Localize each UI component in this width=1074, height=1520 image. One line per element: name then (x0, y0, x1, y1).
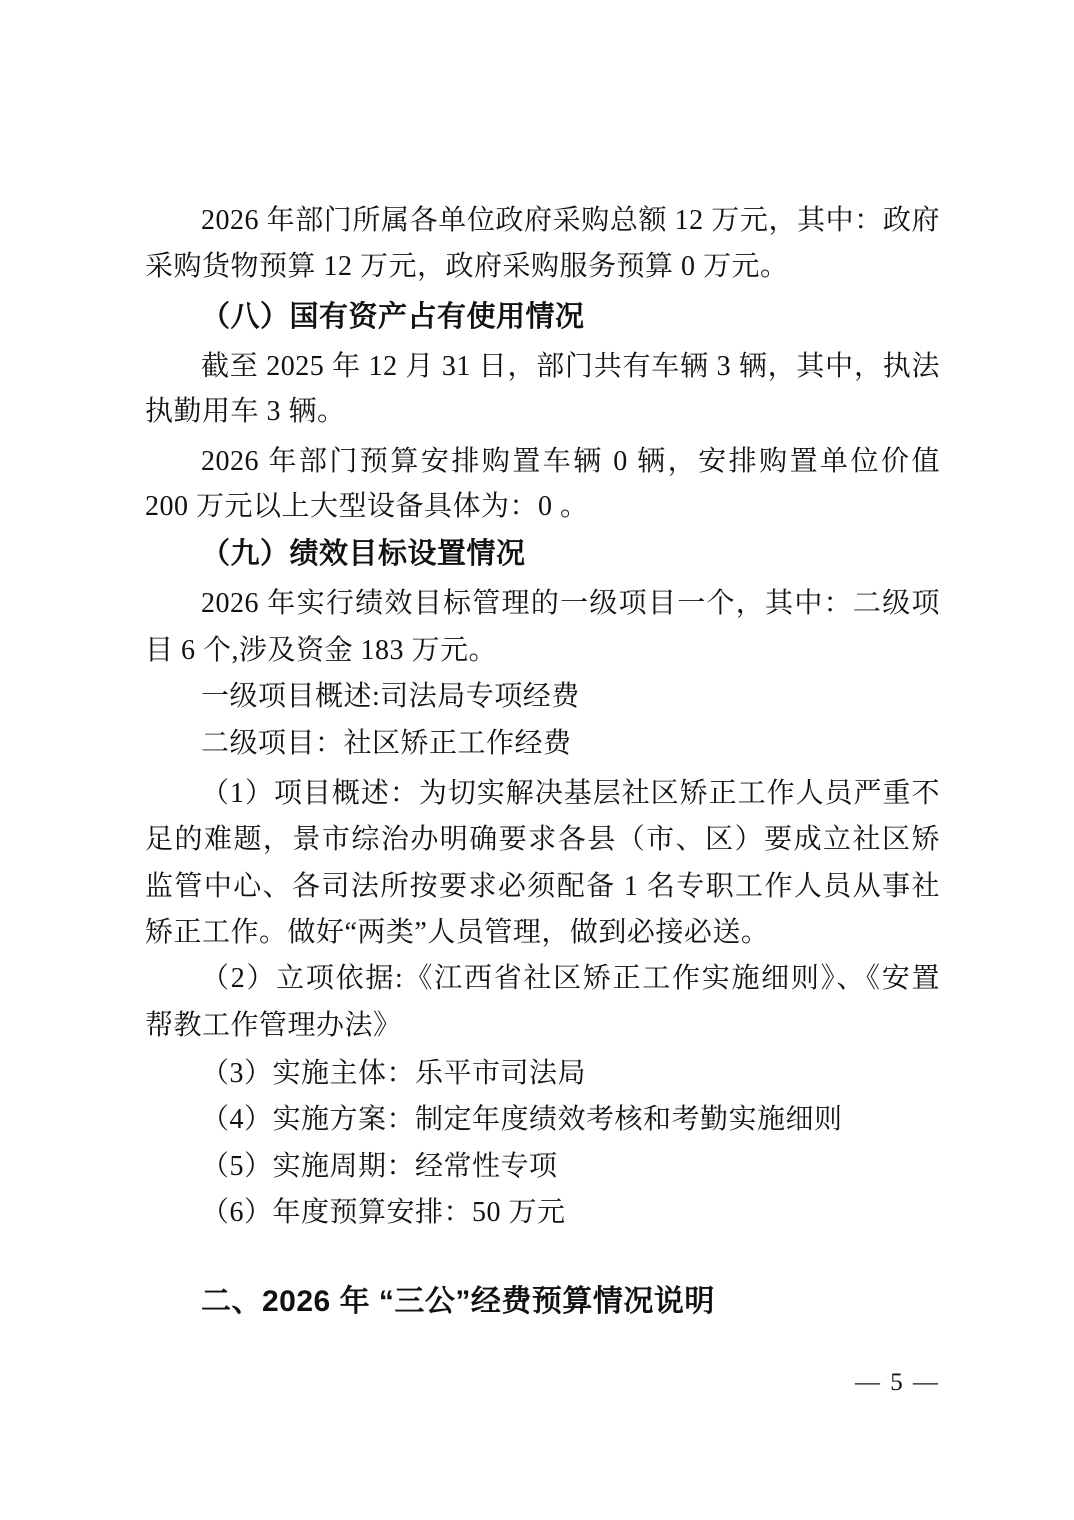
body-line-perf-1: 2026 年实行绩效目标管理的一级项目一个，其中：二级项 (145, 584, 940, 624)
body-line-item2-1: （2）立项依据:《江西省社区矫正工作实施细则》、《安置 (145, 959, 940, 999)
body-line-item4: （4）实施方案：制定年度绩效考核和考勤实施细则 (145, 1100, 940, 1140)
body-line-procurement-1: 2026 年部门所属各单位政府采购总额 12 万元，其中：政府 (145, 201, 940, 241)
body-line-perf-3: 一级项目概述:司法局专项经费 (145, 677, 940, 717)
body-line-perf-2: 目 6 个,涉及资金 183 万元。 (145, 631, 940, 671)
body-line-item5: （5）实施周期：经常性专项 (145, 1147, 940, 1187)
chapter-heading-2: 二、2026 年 “三公”经费预算情况说明 (145, 1282, 940, 1322)
body-line-item1-1: （1）项目概述：为切实解决基层社区矫正工作人员严重不 (145, 774, 940, 814)
body-line-item6: （6）年度预算安排：50 万元 (145, 1193, 940, 1233)
body-line-item3: （3）实施主体：乐平市司法局 (145, 1054, 940, 1094)
body-line-assets-2: 执勤用车 3 辆。 (145, 392, 940, 432)
body-line-assets-1: 截至 2025 年 12 月 31 日，部门共有车辆 3 辆，其中，执法 (145, 347, 940, 387)
body-line-item1-3: 监管中心、各司法所按要求必须配备 1 名专职工作人员从事社区 (145, 867, 940, 907)
body-line-assets-4: 200 万元以上大型设备具体为：0 。 (145, 487, 940, 527)
section-heading-9: （九）绩效目标设置情况 (145, 534, 940, 574)
body-line-item2-2: 帮教工作管理办法》 (145, 1006, 940, 1046)
section-heading-8: （八）国有资产占有使用情况 (145, 297, 940, 337)
body-line-procurement-2: 采购货物预算 12 万元，政府采购服务预算 0 万元。 (145, 247, 940, 287)
body-line-perf-4: 二级项目：社区矫正工作经费 (145, 724, 940, 764)
body-line-item1-4: 矫正工作。做好“两类”人员管理，做到必接必送。 (145, 913, 940, 953)
page-number: — 5 — (855, 1365, 940, 1401)
document-page: 2026 年部门所属各单位政府采购总额 12 万元，其中：政府 采购货物预算 1… (0, 0, 1074, 1520)
body-line-item1-2: 足的难题，景市综治办明确要求各县（市、区）要成立社区矫正 (145, 820, 940, 860)
body-line-assets-3: 2026 年部门预算安排购置车辆 0 辆，安排购置单位价值 (145, 442, 940, 482)
